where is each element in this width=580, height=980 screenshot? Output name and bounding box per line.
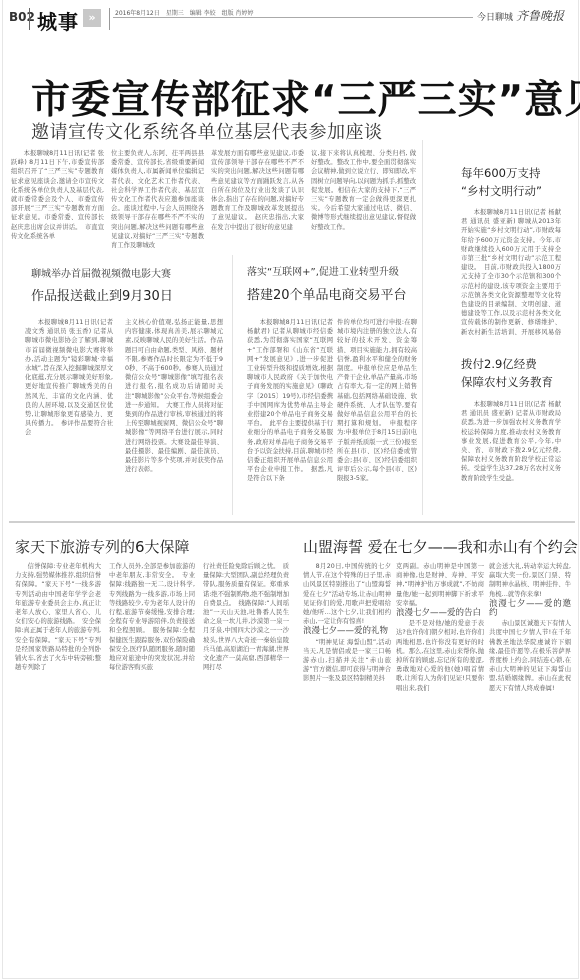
column-divider xyxy=(232,255,233,515)
newspaper-page: B02 城事 » 2016年8月12日 星期三 编辑 李姣 组版 肖婷婷 今日聊… xyxy=(2,0,579,979)
header-divider xyxy=(29,8,30,30)
video-story-column-1: 本报聊城8月11日讯(记者 凌文秀 通讯员 张玉香) 记者从聊城市微电影协会了解… xyxy=(25,318,113,516)
section-divider xyxy=(9,521,575,523)
qixi-story-column-2: 克两副。赤山明神是中国第一商神像,也是财神、寿神、平安神,“明神护佑万事成就”,… xyxy=(396,562,484,697)
travel-story-column-3: 行社责任险免除后顾之忧。 质量保障:大型团队,副总经理负责带队,服务质量有保证。… xyxy=(203,562,289,697)
qixi-subhead: 浪漫七夕——爱的礼物 xyxy=(303,627,391,636)
right-story-2-headline-line-1: 拨付2.9亿经费 xyxy=(461,356,537,373)
qixi-story-column-3: 就会送大礼,转动幸运大转盘,赢取大奖一份,景区门票、特制明神水晶核、明神挂件、牛… xyxy=(489,562,571,697)
qixi-subhead: 浪漫七夕——爱的告白 xyxy=(396,609,484,618)
chevron-right-icon: » xyxy=(83,9,101,27)
travel-story-column-2: 工作人员外,全部是参加旅游的中老年朋友,非常安全。 专业保障:线路独一无二,设计… xyxy=(109,562,195,697)
ecommerce-story-kicker: 落实“互联网+”,促进工业转型升级 xyxy=(247,263,399,278)
right-story-2-headline-line-2: 保障农村义务教育 xyxy=(461,374,553,391)
right-story-2-body: 本报聊城8月11日讯(记者 杨献君 通讯员 盛亚新) 记者从市财政局获悉,为进一… xyxy=(461,400,561,500)
right-story-1-headline-line-1: 每年600万支持 xyxy=(461,165,540,182)
qixi-story-headline: 山盟海誓 爱在七夕——我和赤山有个约会 xyxy=(303,536,578,557)
video-story-column-2: 主义核心价值观,弘扬正能量,思想内容健康,体现真善美,展示聊城元素,反映聊城人民… xyxy=(125,318,223,516)
header-divider xyxy=(109,8,110,30)
page-number: B02 xyxy=(9,10,35,24)
right-story-1-headline-line-2: “乡村文明行动” xyxy=(461,183,542,200)
lead-column-4: 议,接下来将认真梳理、分类归档, 做好整改。整改工作中,要全面贯彻落实会议精神,… xyxy=(311,149,416,249)
brand-label: 今日聊城 xyxy=(477,13,513,23)
ecommerce-story-column-2: 件的单位均可进行申报:在聊城市境内注册的独立法人,有较好的技术开发、资金筹措、项… xyxy=(337,318,417,516)
masthead-brand: 今日聊城齐鲁晚报 xyxy=(473,7,564,24)
lead-headline: 市委宣传部征求“三严三实”意见 xyxy=(31,69,580,125)
qixi-subhead: 浪漫七夕——爱的邀约 xyxy=(489,600,571,618)
section-title: 城事 xyxy=(37,6,79,35)
ecommerce-story-headline: 搭建20个单品电商交易平台 xyxy=(247,284,407,303)
qixi-story-column-1: 8月20日,中国传统的七夕情人节,在这个特殊的日子里,赤山风景区特别推出了“山盟… xyxy=(303,562,391,697)
ecommerce-story-column-1: 本报聊城8月11日讯(记者 杨献君) 记者从聊城市经信委获悉,为贯彻落实国家“互… xyxy=(247,318,333,516)
lead-column-2: 位主要负责人,东阿、茌平两县县委常委、宣传部长,省级重要新闻媒体负责人,市属新闻… xyxy=(111,149,204,249)
lead-column-1: 本报聊城8月11日讯(记者 张跃峰) 8月11日下午,市委宣传部组织召开了“三严… xyxy=(11,149,104,249)
lead-subheadline: 邀请宣传文化系统各单位基层代表参加座谈 xyxy=(31,118,383,144)
column-divider xyxy=(422,140,423,515)
video-story-headline: 作品报送截止到9月30日 xyxy=(31,285,173,304)
lead-column-3: 革发展方面有哪些意见建议,市委宣传部领导干部存在哪些不严不实的突出问题,解决这些… xyxy=(211,149,304,249)
right-story-1-body: 本报聊城8月11日讯(记者 杨献君 通讯员 盛亚新) 聊城从2013年开始实施“… xyxy=(461,208,561,336)
issue-meta: 2016年8月12日 星期三 编辑 李姣 组版 肖婷婷 xyxy=(115,8,258,17)
brand-name: 齐鲁晚报 xyxy=(516,9,564,23)
video-story-kicker: 聊城举办首届微视频微电影大赛 xyxy=(31,265,171,280)
travel-story-headline: 家天下旅游专列的6大保障 xyxy=(15,536,190,557)
travel-story-column-1: 信誉保障:专业老年机构大力支持,强势媒体推荐,组织信誉有保障。“家天下号”一线多… xyxy=(15,562,101,697)
